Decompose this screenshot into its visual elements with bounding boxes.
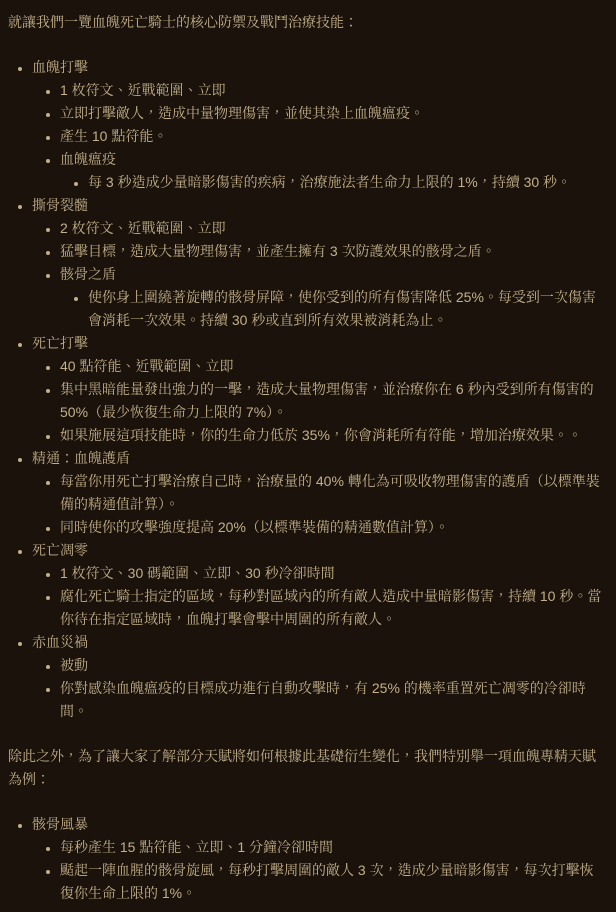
skill-title: 血魄打擊 (32, 59, 88, 75)
skill-detail: 猛擊目標，造成大量物理傷害，並產生擁有 3 次防護效果的骸骨之盾。 (60, 240, 606, 263)
skill-title: 死亡打擊 (32, 335, 88, 351)
talent-detail: 颳起一陣血腥的骸骨旋風，每秒打擊周圍的敵人 3 次，造成少量暗影傷害，每次打擊恢… (60, 859, 606, 905)
skill-detail: 立即打擊敵人，造成中量物理傷害，並使其染上血魄瘟疫。 (60, 102, 606, 125)
skill-item: 血魄打擊 1 枚符文、近戰範圍、立即 立即打擊敵人，造成中量物理傷害，並使其染上… (32, 56, 606, 194)
skill-details: 每當你用死亡打擊治療自己時，治療量的 40% 轉化為可吸收物理傷害的護盾（以標準… (32, 470, 606, 539)
skill-detail: 你對感染血魄瘟疫的目標成功進行自動攻擊時，有 25% 的機率重置死亡凋零的冷卻時… (60, 677, 606, 723)
skill-detail: 同時使你的攻擊強度提高 20%（以標準裝備的精通數值計算）。 (60, 516, 606, 539)
sub-skill-title: 血魄瘟疫 (60, 151, 116, 167)
skill-detail: 每當你用死亡打擊治療自己時，治療量的 40% 轉化為可吸收物理傷害的護盾（以標準… (60, 470, 606, 516)
skill-title: 精通：血魄護盾 (32, 450, 130, 466)
skill-details: 1 枚符文、30 碼範圍、立即、30 秒冷卻時間 腐化死亡騎士指定的區域，每秒對… (32, 562, 606, 631)
skill-detail: 40 點符能、近戰範圍、立即 (60, 355, 606, 378)
sub-skill-details: 使你身上圍繞著旋轉的骸骨屏障，使你受到的所有傷害降低 25%。每受到一次傷害會消… (60, 286, 606, 332)
transition-paragraph: 除此之外，為了讓大家了解部分天賦將如何根據此基礎衍生變化，我們特別舉一項血魄專精… (8, 745, 606, 791)
article-content: 就讓我們一覽血魄死亡騎士的核心防禦及戰鬥治療技能： 血魄打擊 1 枚符文、近戰範… (0, 0, 616, 912)
skill-detail: 1 枚符文、30 碼範圍、立即、30 秒冷卻時間 (60, 562, 606, 585)
skill-title: 赤血災禍 (32, 634, 88, 650)
skill-item: 赤血災禍 被動 你對感染血魄瘟疫的目標成功進行自動攻擊時，有 25% 的機率重置… (32, 631, 606, 723)
skill-details: 被動 你對感染血魄瘟疫的目標成功進行自動攻擊時，有 25% 的機率重置死亡凋零的… (32, 654, 606, 723)
skill-detail: 1 枚符文、近戰範圍、立即 (60, 79, 606, 102)
skill-detail: 如果施展這項技能時，你的生命力低於 35%，你會消耗所有符能，增加治療效果。。 (60, 424, 606, 447)
skill-details: 1 枚符文、近戰範圍、立即 立即打擊敵人，造成中量物理傷害，並使其染上血魄瘟疫。… (32, 79, 606, 194)
skill-detail: 被動 (60, 654, 606, 677)
talent-details: 每秒產生 15 點符能、立即、1 分鐘冷卻時間 颳起一陣血腥的骸骨旋風，每秒打擊… (32, 836, 606, 905)
skill-details: 2 枚符文、近戰範圍、立即 猛擊目標，造成大量物理傷害，並產生擁有 3 次防護效… (32, 217, 606, 332)
skill-detail: 每 3 秒造成少量暗影傷害的疾病，治療施法者生命力上限的 1%，持續 30 秒。 (88, 171, 606, 194)
sub-skill-title: 骸骨之盾 (60, 266, 116, 282)
skill-item: 死亡凋零 1 枚符文、30 碼範圍、立即、30 秒冷卻時間 腐化死亡騎士指定的區… (32, 539, 606, 631)
skill-detail: 腐化死亡騎士指定的區域，每秒對區域內的所有敵人造成中量暗影傷害，持續 10 秒。… (60, 585, 606, 631)
skill-item: 撕骨裂髓 2 枚符文、近戰範圍、立即 猛擊目標，造成大量物理傷害，並產生擁有 3… (32, 194, 606, 332)
skill-details: 40 點符能、近戰範圍、立即 集中黑暗能量發出強力的一擊，造成大量物理傷害，並治… (32, 355, 606, 447)
talent-item: 骸骨風暴 每秒產生 15 點符能、立即、1 分鐘冷卻時間 颳起一陣血腥的骸骨旋風… (32, 813, 606, 905)
talent-list: 骸骨風暴 每秒產生 15 點符能、立即、1 分鐘冷卻時間 颳起一陣血腥的骸骨旋風… (8, 813, 606, 905)
skill-item: 精通：血魄護盾 每當你用死亡打擊治療自己時，治療量的 40% 轉化為可吸收物理傷… (32, 447, 606, 539)
sub-skill-details: 每 3 秒造成少量暗影傷害的疾病，治療施法者生命力上限的 1%，持續 30 秒。 (60, 171, 606, 194)
skill-detail: 骸骨之盾 使你身上圍繞著旋轉的骸骨屏障，使你受到的所有傷害降低 25%。每受到一… (60, 263, 606, 332)
talent-title: 骸骨風暴 (32, 816, 88, 832)
skill-detail: 產生 10 點符能。 (60, 125, 606, 148)
skill-detail: 血魄瘟疫 每 3 秒造成少量暗影傷害的疾病，治療施法者生命力上限的 1%，持續 … (60, 148, 606, 194)
skill-title: 死亡凋零 (32, 542, 88, 558)
skills-list: 血魄打擊 1 枚符文、近戰範圍、立即 立即打擊敵人，造成中量物理傷害，並使其染上… (8, 56, 606, 723)
skill-detail: 2 枚符文、近戰範圍、立即 (60, 217, 606, 240)
skill-item: 死亡打擊 40 點符能、近戰範圍、立即 集中黑暗能量發出強力的一擊，造成大量物理… (32, 332, 606, 447)
intro-paragraph: 就讓我們一覽血魄死亡騎士的核心防禦及戰鬥治療技能： (8, 11, 606, 34)
skill-title: 撕骨裂髓 (32, 197, 88, 213)
skill-detail: 使你身上圍繞著旋轉的骸骨屏障，使你受到的所有傷害降低 25%。每受到一次傷害會消… (88, 286, 606, 332)
talent-detail: 每秒產生 15 點符能、立即、1 分鐘冷卻時間 (60, 836, 606, 859)
skill-detail: 集中黑暗能量發出強力的一擊，造成大量物理傷害，並治療你在 6 秒內受到所有傷害的… (60, 378, 606, 424)
